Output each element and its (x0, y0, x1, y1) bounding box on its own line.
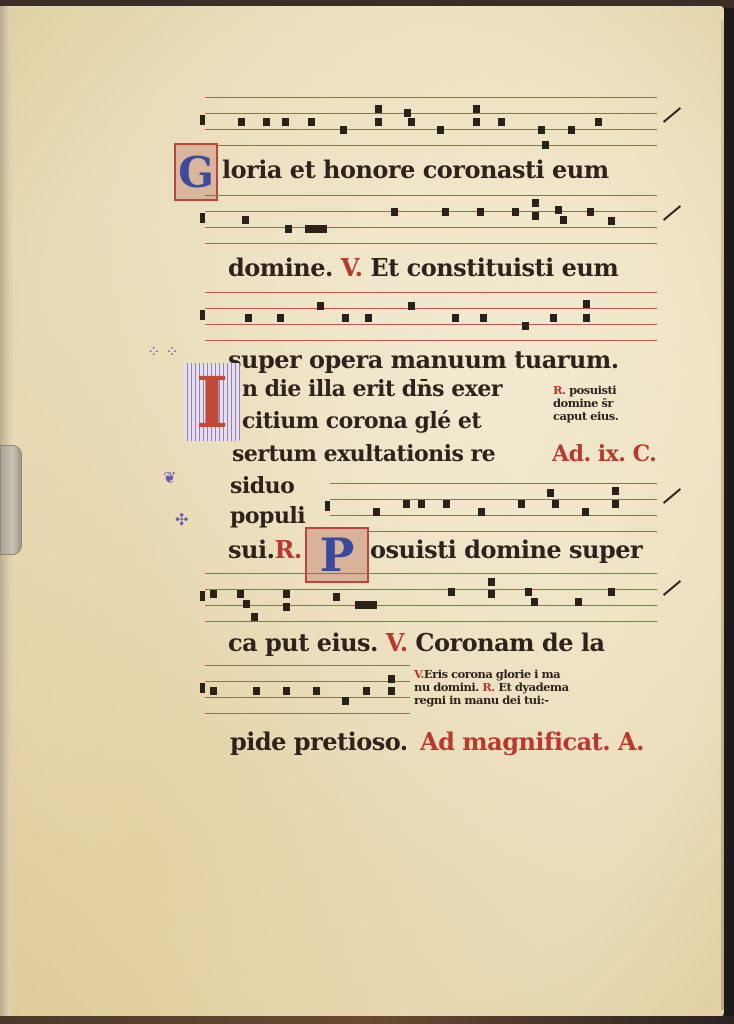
chant-text-line-3: super opera manuum tuarum. (228, 345, 619, 374)
chant-text-line-2: domine. V. Et constituisti eum (228, 253, 618, 282)
lesson-text-line-4: siduo (230, 473, 294, 499)
clasp-strap (0, 445, 22, 555)
lesson-text-line-2: citium corona glé et (242, 408, 481, 434)
magnificat-rubric: Ad magnificat. A. (420, 727, 644, 756)
chant-text-line-4b: osuisti domine super (370, 535, 642, 564)
music-staff-5 (205, 573, 657, 633)
illuminated-initial-g: G (174, 143, 218, 201)
music-staff-4 (330, 483, 657, 543)
lesson-text-line-5: populi (230, 503, 305, 529)
pen-flourish-icon: ✣ (175, 510, 188, 529)
versicle-mark: V. (386, 628, 408, 657)
music-staff-2 (205, 195, 657, 255)
responsory-mark: R. (274, 535, 301, 564)
side-note-rubric: Ad. ix. C. (552, 441, 656, 467)
music-staff-1 (205, 97, 657, 157)
illuminated-initial-i: I (184, 363, 240, 441)
music-staff-6 (205, 665, 410, 725)
chant-text-line-4: sui.R. (228, 535, 302, 564)
versicle-mark: V. (341, 253, 363, 282)
page-fore-edge (721, 20, 724, 1010)
lesson-text-line-1: n die illa erit dn̄s exer (242, 376, 502, 402)
clef-icon (200, 115, 205, 125)
side-note-responsory: R. posuisti domine s̄r caput eius. (553, 384, 618, 423)
clef-icon (325, 501, 330, 511)
chant-text-line-1: loria et honore coronasti eum (222, 155, 609, 184)
chant-text-line-6: pide pretioso. (230, 727, 408, 756)
clef-icon (200, 591, 205, 601)
pen-flourish-icon: ❦ (163, 468, 176, 487)
music-staff-3 (205, 292, 657, 352)
lesson-text-line-3: sertum exultationis re (232, 441, 495, 467)
book-bottom-edge (0, 1016, 734, 1024)
chant-text-line-5: ca put eius. V. Coronam de la (228, 628, 605, 657)
pen-flourish-icon: ⁘ ⁘ (147, 342, 179, 361)
side-note-versicle: V.Eris corona glorie i ma nu domini. R. … (414, 668, 569, 707)
clef-icon (200, 310, 205, 320)
clef-icon (200, 213, 205, 223)
clef-icon (200, 683, 205, 693)
